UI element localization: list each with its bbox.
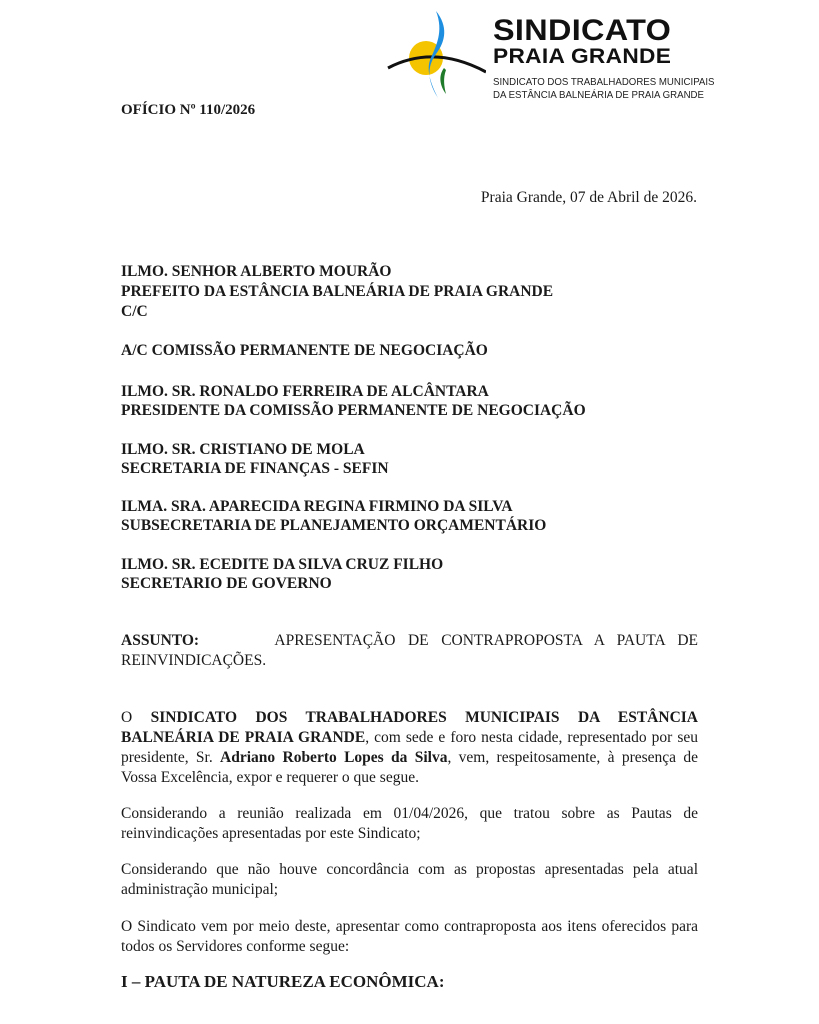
subject: ASSUNTO: APRESENTAÇÃO DE CONTRAPROPOSTA …: [121, 631, 698, 671]
paragraph-considerando-2: Considerando que não houve concordância …: [121, 860, 698, 900]
section-heading: I – PAUTA DE NATUREZA ECONÔMICA:: [121, 972, 445, 992]
recipient-1-line-1: ILMO. SENHOR ALBERTO MOURÃO: [121, 262, 391, 282]
recipient-5-line-1: ILMA. SRA. APARECIDA REGINA FIRMINO DA S…: [121, 497, 513, 517]
subject-text: APRESENTAÇÃO DE CONTRAPROPOSTA A PAUTA D…: [121, 632, 698, 669]
recipient-2-line-1: A/C COMISSÃO PERMANENTE DE NEGOCIAÇÃO: [121, 341, 488, 361]
brand-subtitle-line2: DA ESTÂNCIA BALNEÁRIA DE PRAIA GRANDE: [493, 89, 704, 101]
recipient-4-line-2: SECRETARIA DE FINANÇAS - SEFIN: [121, 459, 389, 479]
recipient-3-line-2: PRESIDENTE DA COMISSÃO PERMANENTE DE NEG…: [121, 401, 586, 421]
recipient-6-line-1: ILMO. SR. ECEDITE DA SILVA CRUZ FILHO: [121, 555, 443, 575]
recipient-3-line-1: ILMO. SR. RONALDO FERREIRA DE ALCÂNTARA: [121, 382, 489, 402]
paragraph-contraproposta: O Sindicato vem por meio deste, apresent…: [121, 917, 698, 957]
recipient-1-line-2: PREFEITO DA ESTÂNCIA BALNEÁRIA DE PRAIA …: [121, 282, 553, 302]
recipient-5-line-2: SUBSECRETARIA DE PLANEJAMENTO ORÇAMENTÁR…: [121, 516, 546, 536]
brand-subtitle-line1: SINDICATO DOS TRABALHADORES MUNICIPAIS: [493, 76, 715, 88]
date-line: Praia Grande, 07 de Abril de 2026.: [481, 188, 697, 208]
sun-wave-logo-icon: [386, 6, 486, 106]
brand-name-line2: PRAIA GRANDE: [493, 46, 671, 68]
recipient-4-line-1: ILMO. SR. CRISTIANO DE MOLA: [121, 440, 365, 460]
oficio-number: OFÍCIO Nº 110/2026: [121, 100, 255, 120]
paragraph-considerando-1: Considerando a reunião realizada em 01/0…: [121, 804, 698, 844]
recipient-6-line-2: SECRETARIO DE GOVERNO: [121, 574, 332, 594]
president-name: Adriano Roberto Lopes da Silva: [220, 749, 447, 766]
intro-prefix: O: [121, 709, 151, 726]
subject-label: ASSUNTO:: [121, 632, 199, 649]
brand-name-line1: SINDICATO: [493, 16, 671, 46]
letterhead-logo: SINDICATO PRAIA GRANDE SINDICATO DOS TRA…: [386, 6, 706, 106]
intro-paragraph: O SINDICATO DOS TRABALHADORES MUNICIPAIS…: [121, 708, 698, 788]
recipient-1-line-3: C/C: [121, 302, 148, 322]
